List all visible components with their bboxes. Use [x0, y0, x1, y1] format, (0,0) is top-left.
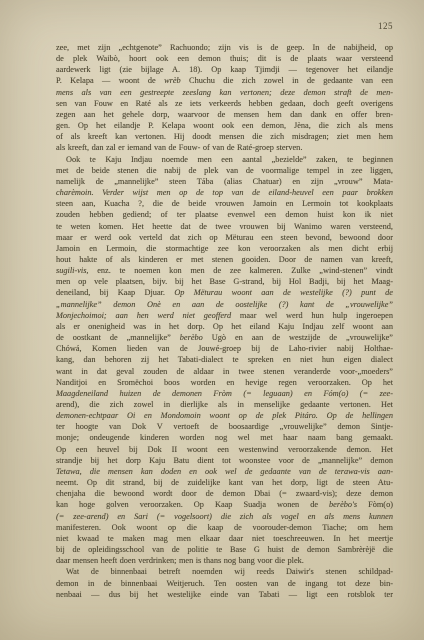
body-text: P. Kelapa — woont de	[56, 76, 164, 85]
text-line: niet kwaad te maken mag men elkaar daar …	[56, 533, 393, 544]
body-text: met de beide stenen die nabij de plek va…	[56, 166, 393, 175]
text-line: arend), die zich zowel in dierlijke als …	[56, 399, 393, 410]
text-line: Maagdeneiland huizen de demonen Fròm (= …	[56, 388, 393, 399]
body-text: zouden hebben gediend; of ter plaatse ev…	[56, 210, 393, 219]
text-line: sen van Fouw en Raté als ze iets verkeer…	[56, 98, 393, 109]
body-text: Wat de binnenbaai betreft noemden wij re…	[66, 567, 393, 576]
body-text: maar wel werd hun hulp ingeroepen	[231, 311, 393, 320]
body-text: want in dat geval zouden de aldaar in tw…	[56, 367, 393, 376]
body-text: steen aan, Kuacha ?, die de beide vrouwe…	[56, 199, 393, 208]
text-line: te weten komen. Het heette dat de twee v…	[56, 221, 393, 232]
text-line: Jamoin en Lermoin, die stormachtige zee …	[56, 243, 393, 254]
text-line: zegen aan het gehele dorp, waarvoor de m…	[56, 109, 393, 120]
body-text: demon in de binnenbaai Weitjeruch. Ten o…	[56, 579, 393, 588]
body-text: als kreeft, dan zal er iemand van de Fou…	[56, 143, 302, 152]
text-line: Nanditjoi en Sromëchoi boos worden en he…	[56, 377, 393, 388]
body-text: kang, dan behoren zij het Tabati-dialect…	[56, 355, 393, 364]
body-text: de plek Waibò, hoort ook een demon thuis…	[56, 54, 393, 63]
body-text: sen van Fouw en Raté als ze iets verkeer…	[56, 99, 393, 108]
text-line: kan hoge golven veroorzaken. Op Kaap Sua…	[56, 499, 393, 510]
text-line: hout hakte of als kinderen er met stenen…	[56, 254, 393, 265]
text-line: met de beide stenen die nabij de plek va…	[56, 165, 393, 176]
text-line: gen. Op het eilandje P. Kelapa woont ook…	[56, 120, 393, 131]
text-line: Ook te Kaju Indjau noemde men een aantal…	[56, 154, 393, 165]
emphasized-text: Maagdeneiland huizen de demonen Fròm (= …	[56, 389, 393, 398]
emphasized-text: berèbo's	[329, 500, 357, 509]
text-line: charèmoin. Verder wijst men op de top va…	[56, 187, 393, 198]
text-line: daar mensen heeft doen verdrinken; men i…	[56, 555, 393, 566]
emphasized-text: sugili-vis	[56, 266, 86, 275]
text-line: monje; ondeugende kinderen worden nog we…	[56, 432, 393, 443]
body-text: strandje bij het dorp Kaju Batu dient to…	[56, 456, 393, 465]
text-line: als er onenigheid was in het dorp. Op he…	[56, 321, 393, 332]
body-text: kan hoge golven veroorzaken. Op Kaap Sua…	[56, 500, 329, 509]
body-text: zee, met zijn „echtgenote” Rachuondo; zi…	[56, 43, 393, 52]
text-line: manifesteren. Ook woont op die kaap de v…	[56, 522, 393, 533]
emphasized-text: Monjechoimoi; aan hen werd niet geofferd	[56, 311, 231, 320]
text-line: kang, dan behoren zij het Tabati-dialect…	[56, 354, 393, 365]
body-text: Chówá, Komen lieden van de Jouwé-groep b…	[56, 344, 393, 353]
emphasized-text: wrèb	[164, 76, 181, 85]
emphasized-text: charèmoin. Verder wijst men op de top va…	[56, 188, 393, 197]
text-line: namelijk de „mannelijke” steen Tába (ali…	[56, 176, 393, 187]
text-line: want in dat geval zouden de aldaar in tw…	[56, 366, 393, 377]
body-text: zegen aan het gehele dorp, waarvoor de m…	[56, 110, 393, 119]
emphasized-text: Op Mëturau woont aan de westelijke (?) p…	[174, 288, 393, 297]
text-line: nenbaai — dus bij het westelijke einde v…	[56, 589, 393, 600]
text-line: ter hoogte van Dok V vertoeft de boosaar…	[56, 421, 393, 432]
text-line: maar er werd ook verteld dat zich op Mët…	[56, 232, 393, 243]
text-line: Wat de binnenbaai betreft noemden wij re…	[56, 566, 393, 577]
body-text: Ook te Kaju Indjau noemde men een aantal…	[66, 155, 393, 164]
text-line: deneiland, bij Kaap Djuar. Op Mëturau wo…	[56, 287, 393, 298]
text-line: chenjaha die bewoond wordt door de demon…	[56, 488, 393, 499]
body-text: gen. Op het eilandje P. Kelapa woont ook…	[56, 121, 393, 130]
text-line: Monjechoimoi; aan hen werd niet geofferd…	[56, 310, 393, 321]
body-text: arend), die zich zowel in dierlijke als …	[56, 400, 393, 409]
body-text: daar mensen heeft doen verdrinken; men i…	[56, 556, 304, 565]
body-text: monje; ondeugende kinderen worden nog we…	[56, 433, 393, 442]
body-text: maar er werd ook verteld dat zich op Mët…	[56, 233, 393, 242]
body-text: neemt. Op dit strand, bij de zuidelijke …	[56, 478, 393, 487]
emphasized-text: (= zee-arend) en Sari (= vogelsoort) die…	[56, 512, 393, 521]
text-line: bij de opleidingsschool van de politie t…	[56, 544, 393, 555]
text-line: Tetawa, die mensen kan doden en ook wel …	[56, 466, 393, 477]
body-text: hout hakte of als kinderen er met stenen…	[56, 255, 393, 264]
text-line: „mannelijke” demon Onè en aan de oosteli…	[56, 299, 393, 310]
body-text: nenbaai — dus bij het westelijke einde v…	[56, 590, 393, 599]
text-line: steen aan, Kuacha ?, die de beide vrouwe…	[56, 198, 393, 209]
body-text: te weten komen. Het heette dat de twee v…	[56, 222, 393, 231]
text-line: als kreeft, dan zal er iemand van de Fou…	[56, 142, 393, 153]
body-text: Fòm(o)	[357, 500, 393, 509]
body-text: chenjaha die bewoond wordt door de demon…	[56, 489, 393, 498]
body-text: namelijk de „mannelijke” steen Tába (ali…	[56, 177, 393, 186]
text-line: aardewerk ligt (zie bijlage A. 18). Op k…	[56, 64, 393, 75]
text-line: Op een heuvel bij Dok II woont een weste…	[56, 444, 393, 455]
body-text: , enz. te noemen kon men de zee kalmeren…	[86, 266, 393, 275]
body-text: Ugò en aan de westzijde de „vrouwelijke”	[203, 333, 393, 342]
page-number: 125	[378, 21, 393, 31]
text-line: de oostkant de „mannelijke” berèbo Ugò e…	[56, 332, 393, 343]
body-text: bij de opleidingsschool van de politie t…	[56, 545, 393, 554]
text-line: (= zee-arend) en Sari (= vogelsoort) die…	[56, 511, 393, 522]
text-line: of als kreeft kan vertonen. Hij doodt me…	[56, 131, 393, 142]
text-line: Chówá, Komen lieden van de Jouwé-groep b…	[56, 343, 393, 354]
text-line: strandje bij het dorp Kaju Batu dient to…	[56, 455, 393, 466]
emphasized-text: demonen-echtpaar Oi en Mondomoin woont o…	[56, 411, 393, 420]
body-text: Jamoin en Lermoin, die stormachtige zee …	[56, 244, 393, 253]
emphasized-text: „mannelijke” demon Onè en aan de oosteli…	[56, 300, 393, 309]
emphasized-text: mens als van een gestreepte zeeslang kan…	[56, 88, 393, 97]
text-line: P. Kelapa — woont de wrèb Chuchu die zic…	[56, 75, 393, 86]
emphasized-text: Tetawa, die mensen kan doden en ook wel …	[56, 467, 393, 476]
body-text: deneiland, bij Kaap Djuar.	[56, 288, 174, 297]
body-text: manifesteren. Ook woont op die kaap de v…	[56, 523, 393, 532]
body-text: of als kreeft kan vertonen. Hij doodt me…	[56, 132, 393, 141]
page-text: zee, met zijn „echtgenote” Rachuondo; zi…	[56, 42, 393, 600]
body-text: de oostkant de „mannelijke”	[56, 333, 180, 342]
body-text: niet kwaad te maken mag men elkaar daar …	[56, 534, 393, 543]
text-line: zee, met zijn „echtgenote” Rachuondo; zi…	[56, 42, 393, 53]
body-text: als er onenigheid was in het dorp. Op he…	[56, 322, 393, 331]
text-line: men op vele plaatsen, bijv. bij het Base…	[56, 276, 393, 287]
body-text: Chuchu die zich zowel in de gedaante van…	[181, 76, 393, 85]
text-line: neemt. Op dit strand, bij de zuidelijke …	[56, 477, 393, 488]
body-text: Op een heuvel bij Dok II woont een weste…	[56, 445, 393, 454]
body-text: aardewerk ligt (zie bijlage A. 18). Op k…	[56, 65, 393, 74]
text-line: demon in de binnenbaai Weitjeruch. Ten o…	[56, 578, 393, 589]
text-line: zouden hebben gediend; of ter plaatse ev…	[56, 209, 393, 220]
body-text: ter hoogte van Dok V vertoeft de boosaar…	[56, 422, 393, 431]
body-text: men op vele plaatsen, bijv. bij het Base…	[56, 277, 393, 286]
text-line: sugili-vis, enz. te noemen kon men de ze…	[56, 265, 393, 276]
body-text: Nanditjoi en Sromëchoi boos worden en he…	[56, 378, 393, 387]
text-line: mens als van een gestreepte zeeslang kan…	[56, 87, 393, 98]
text-line: demonen-echtpaar Oi en Mondomoin woont o…	[56, 410, 393, 421]
text-line: de plek Waibò, hoort ook een demon thuis…	[56, 53, 393, 64]
emphasized-text: berèbo	[180, 333, 203, 342]
